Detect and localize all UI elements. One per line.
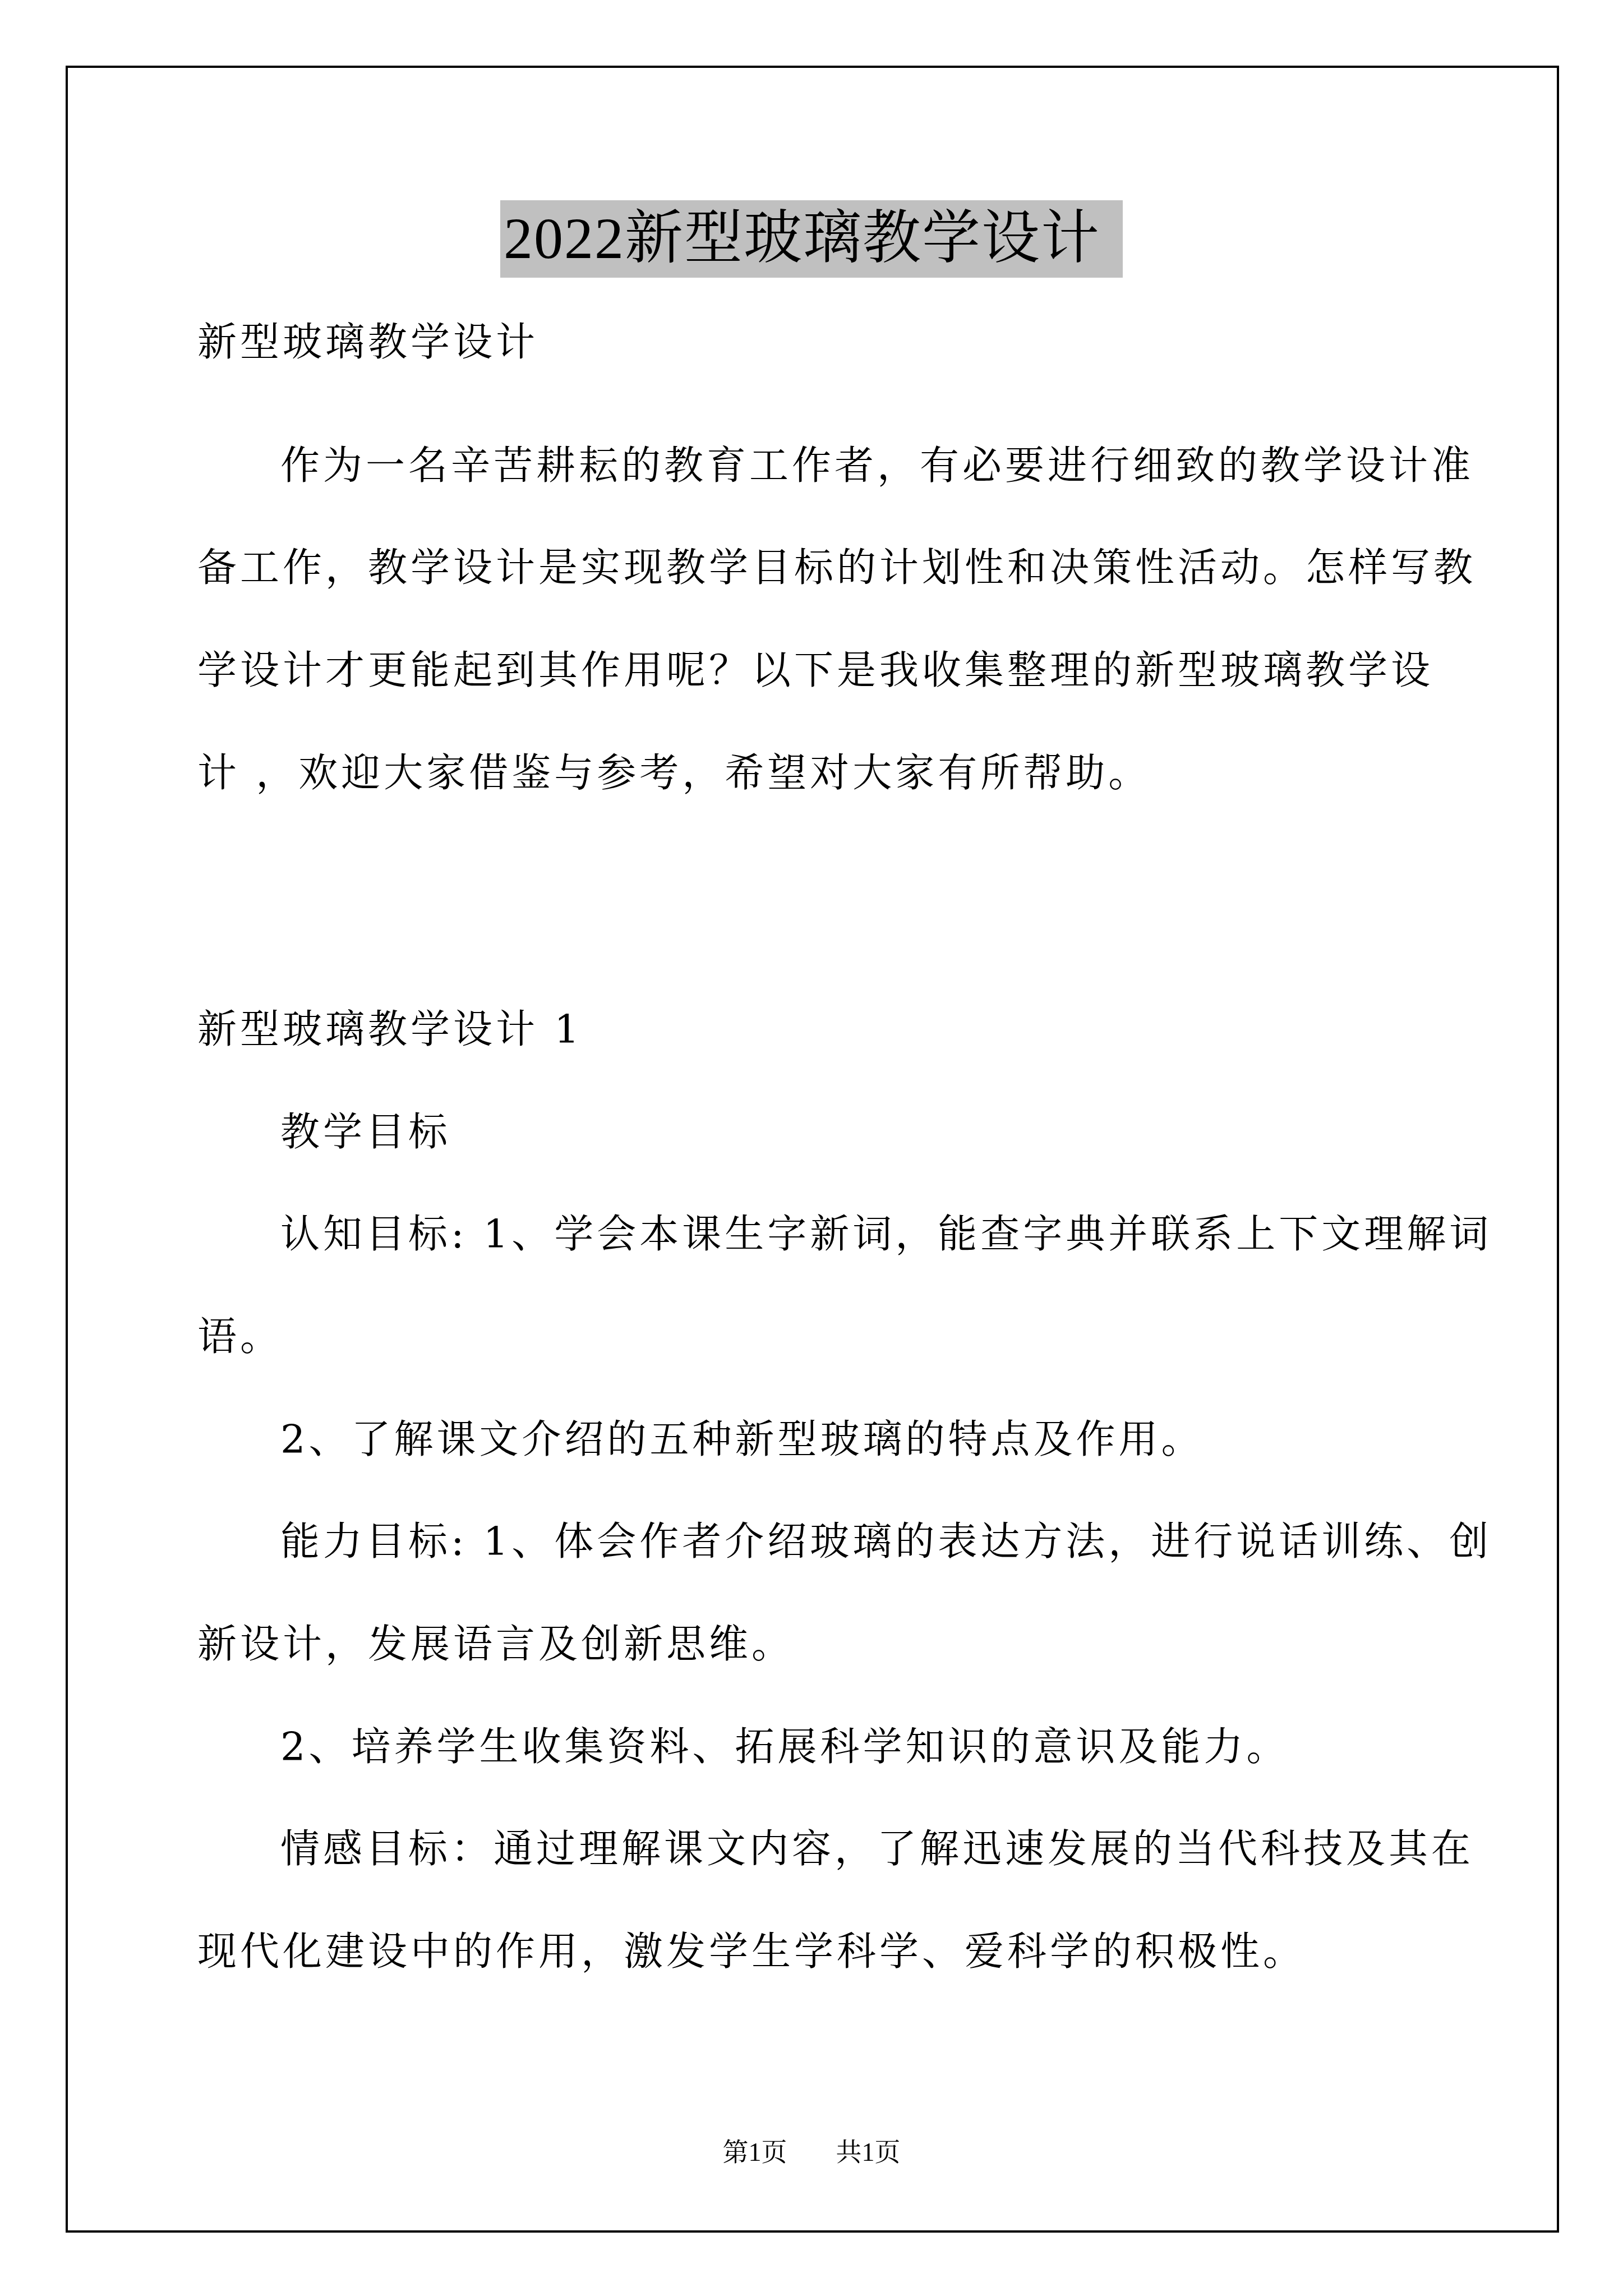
intro-line-1: 作为一名辛苦耕耘的教育工作者，有必要进行细致的教学设计准	[280, 438, 1474, 494]
body-line-4: 能力目标: 1、体会作者介绍玻璃的表达方法，进行说话训练、创	[280, 1513, 1492, 1570]
intro-line-3: 学设计才更能起到其作用呢？以下是我收集整理的新型玻璃教学设	[197, 642, 1433, 698]
body-line-1: 认知目标: 1、学会本课生字新词，能查字典并联系上下文理解词	[280, 1206, 1492, 1262]
body-line-6: 2、培养学生收集资料、拓展科学知识的意识及能力。	[280, 1719, 1289, 1775]
body-line-3: 2、了解课文介绍的五种新型玻璃的特点及作用。	[280, 1411, 1204, 1467]
intro-line-2: 备工作，教学设计是实现教学目标的计划性和决策性活动。怎样写教	[197, 540, 1476, 596]
current-page-label: 第1页	[723, 2138, 787, 2166]
body-line-7: 情感目标：通过理解课文内容，了解迅速发展的当代科技及其在	[280, 1821, 1474, 1877]
section-heading: 新型玻璃教学设计 1	[197, 1001, 583, 1057]
body-line-8: 现代化建设中的作用，激发学生学科学、爱科学的积极性。	[197, 1924, 1306, 1980]
intro-line-4: 计 ，欢迎大家借鉴与参考，希望对大家有所帮助。	[197, 745, 1151, 801]
document-title: 2022新型玻璃教学设计	[500, 200, 1123, 278]
body-line-5: 新设计，发展语言及创新思维。	[197, 1616, 794, 1672]
document-subtitle: 新型玻璃教学设计	[197, 314, 538, 370]
total-pages-label: 共1页	[836, 2138, 901, 2166]
title-container: 2022新型玻璃教学设计	[0, 200, 1623, 278]
page-footer: 第1页 共1页	[0, 2132, 1623, 2169]
objectives-heading: 教学目标	[280, 1104, 451, 1160]
body-line-2: 语。	[197, 1309, 283, 1365]
